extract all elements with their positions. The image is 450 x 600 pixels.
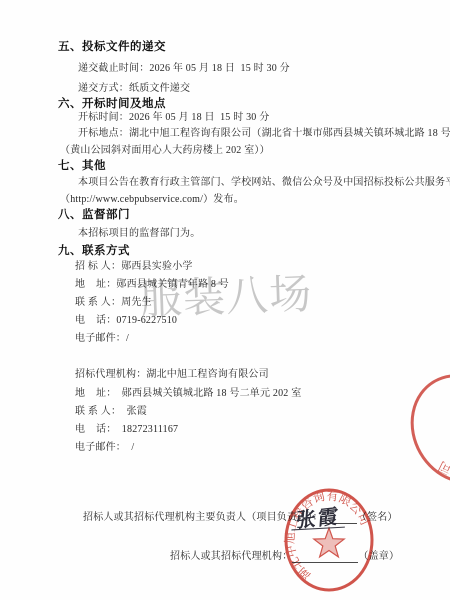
handwritten-signature: 张霞 [295, 500, 341, 534]
org-stamp-label: 招标人或其招标代理机构： [170, 551, 292, 563]
submission-deadline-line: 递交截止时间：2026 年 05 月 18 日 15 时 30 分 [78, 63, 290, 75]
agency-phone-line: 电 话： 18272311167 [75, 424, 178, 436]
tender-document-page: 服装八场 五、投标文件的递交 递交截止时间：2026 年 05 月 18 日 1… [0, 0, 450, 600]
tenderer-contact-line: 联 系 人：周先生 [75, 297, 152, 309]
section7-heading: 七、其他 [58, 160, 106, 172]
section5-heading: 五、投标文件的递交 [58, 41, 166, 53]
tenderer-name-line: 招 标 人：郧西县实验小学 [75, 261, 193, 273]
document-text-layer: 五、投标文件的递交 递交截止时间：2026 年 05 月 18 日 15 时 3… [0, 0, 450, 600]
bid-opening-time-line: 开标时间：2026 年 05 月 18 日 15 时 30 分 [78, 112, 269, 124]
seal-star-icon [314, 528, 344, 557]
tenderer-email-line: 电子邮件：/ [75, 333, 129, 345]
tenderer-phone-line: 电 话：0719-6227510 [75, 315, 177, 327]
agency-contact-line: 联 系 人： 张霞 [75, 406, 147, 418]
bid-opening-place-line2: （黄山公园斜对面用心人大药房楼上 202 室）） [60, 145, 270, 157]
section8-heading: 八、监督部门 [58, 209, 130, 221]
submission-method-line: 递交方式：纸质文件递交 [78, 83, 190, 95]
supervision-department-line: 本招标项目的监督部门为。 [78, 228, 200, 240]
announcement-url-line: （http://www.cebpubservice.com/）发布。 [60, 194, 244, 206]
agency-name-line: 招标代理机构：湖北中旭工程咨询有限公司 [75, 369, 269, 381]
agency-address-line: 地 址： 郧西县城关镇城北路 18 号二单元 202 室 [75, 388, 301, 400]
section6-heading: 六、开标时间及地点 [58, 98, 166, 110]
announcement-platforms-line: 本项目公告在教育行政主管部门、学校网站、微信公众号及中国招标投标公共服务平台 [78, 177, 450, 189]
bid-opening-place-line1: 开标地点：湖北中旭工程咨询有限公司（湖北省十堰市郧西县城关镇环城北路 18 号 [78, 128, 450, 140]
section9-heading: 九、联系方式 [58, 245, 130, 257]
tenderer-address-line: 地 址：郧西县城关镇青年路 8 号 [75, 279, 229, 291]
agency-email-line: 电子邮件： / [75, 442, 134, 454]
